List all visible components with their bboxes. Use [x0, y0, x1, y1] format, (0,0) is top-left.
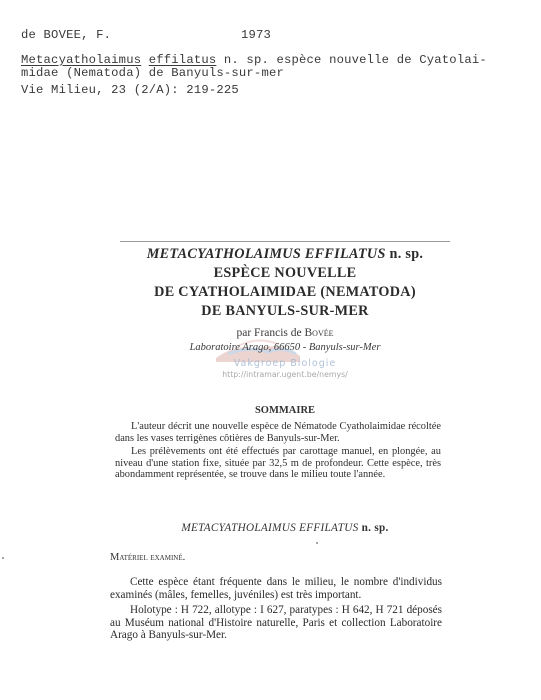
scan-speck [2, 557, 4, 559]
citation-journal: Vie Milieu, 23 (2/A): 219-225 [21, 83, 239, 97]
article-title-line4: DE BANYULS-SUR-MER [120, 303, 450, 320]
section-title: METACYATHOLAIMUS EFFILATUS n. sp. [120, 522, 450, 534]
citation-species: effilatus [149, 53, 217, 67]
section-title-nsp: n. sp. [362, 522, 389, 534]
author-surname: Bovée [305, 327, 334, 339]
watermark-url[interactable]: http://intramar.ugent.be/nemys/ [120, 370, 450, 379]
citation-year: 1973 [241, 28, 271, 42]
citation-author: de BOVEE, F. [21, 28, 111, 42]
affiliation: Laboratoire Arago, 66650 - Banyuls-sur-M… [120, 342, 450, 353]
article-title-species: METACYATHOLAIMUS EFFILATUS [147, 246, 386, 262]
watermark-label: Vakgroep Biologie [120, 358, 450, 369]
citation-genus: Metacyatholaimus [21, 53, 141, 67]
citation-title-rest: n. sp. espèce nouvelle de Cyatolai- [216, 53, 487, 67]
section-title-species: METACYATHOLAIMUS EFFILATUS [181, 522, 358, 534]
citation-title-line2: midae (Nematoda) de Banyuls-sur-mer [21, 66, 284, 80]
summary-paragraph-1: L'auteur décrit une nouvelle espèce de N… [115, 421, 441, 444]
citation-title-line1: Metacyatholaimus effilatus n. sp. espèce… [21, 53, 487, 67]
scan-speck [316, 542, 318, 544]
summary-heading: SOMMAIRE [120, 405, 450, 416]
top-rule [120, 241, 450, 242]
material-subheading: Matériel examiné. [110, 552, 185, 563]
material-paragraph-1: Cette espèce étant fréquente dans le mil… [110, 576, 442, 601]
material-body: Cette espèce étant fréquente dans le mil… [110, 576, 442, 645]
article-title-line2: ESPÈCE NOUVELLE [120, 265, 450, 282]
material-paragraph-2: Holotype : H 722, allotype : I 627, para… [110, 604, 442, 642]
summary-body: L'auteur décrit une nouvelle espèce de N… [115, 421, 441, 483]
summary-paragraph-2: Les prélèvements ont été effectués par c… [115, 446, 441, 481]
article-title-line1: METACYATHOLAIMUS EFFILATUS n. sp. [120, 246, 450, 263]
article-title-line3: DE CYATHOLAIMIDAE (NEMATODA) [120, 284, 450, 301]
article-title-nsp: n. sp. [390, 246, 424, 262]
